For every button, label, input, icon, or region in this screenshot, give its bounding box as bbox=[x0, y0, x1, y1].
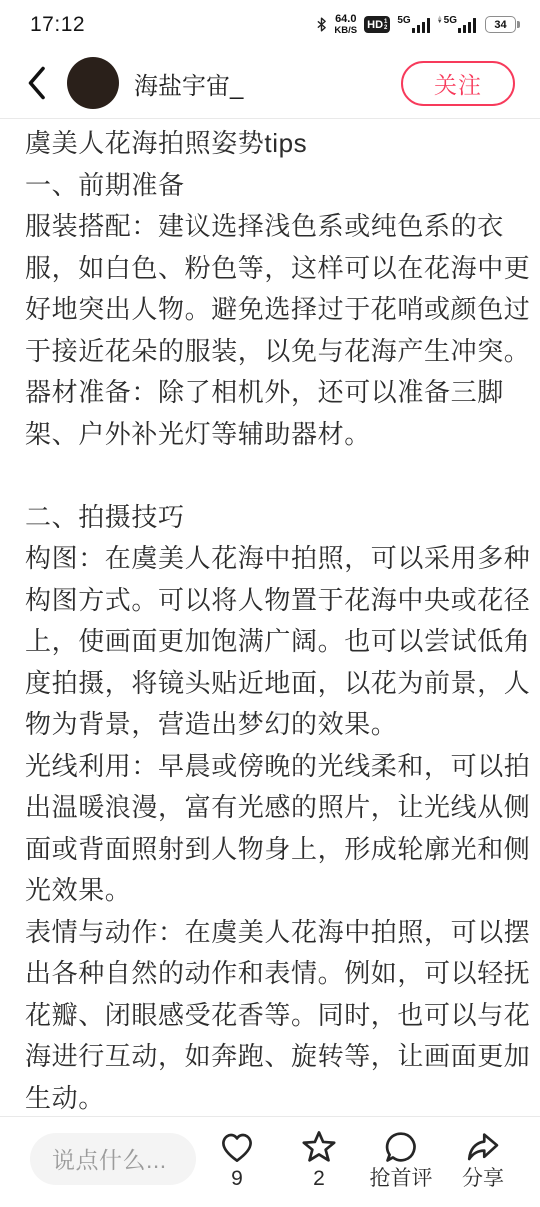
content-line: 生动。 bbox=[25, 1078, 516, 1117]
comment-bubble-icon bbox=[381, 1128, 421, 1166]
post-content: 虞美人花海拍照姿势tips一、前期准备服装搭配：建议选择浅色系或纯色系的衣服，如… bbox=[0, 119, 540, 1116]
username[interactable]: 海盐宇宙_ bbox=[134, 66, 243, 101]
content-line: 架、户外补光灯等辅助器材。 bbox=[25, 414, 516, 456]
like-button[interactable]: 9 bbox=[196, 1128, 278, 1189]
content-line: 海进行互动，如奔跑、旋转等，让画面更加 bbox=[25, 1036, 516, 1078]
content-line: 构图：在虞美人花海中拍照，可以采用多种 bbox=[25, 538, 516, 580]
content-line: 出温暖浪漫，富有光感的照片，让光线从侧 bbox=[25, 787, 516, 829]
status-time: 17:12 bbox=[30, 13, 85, 37]
back-button[interactable] bbox=[25, 63, 51, 103]
signal-sim1-icon: 5G bbox=[397, 16, 429, 33]
data-arrows-icon: ▲▼ bbox=[437, 17, 443, 24]
collect-button[interactable]: 2 bbox=[278, 1128, 360, 1189]
status-icons: 64.0 KB/S HD 12 5G ▲▼ 5G 34 bbox=[316, 14, 516, 36]
content-line: 度拍摄，将镜头贴近地面，以花为前景，人 bbox=[25, 663, 516, 705]
content-line: 花瓣、闭眼感受花香等。同时，也可以与花 bbox=[25, 995, 516, 1037]
comment-label: 抢首评 bbox=[370, 1168, 433, 1189]
content-line: 物为背景，营造出梦幻的效果。 bbox=[25, 704, 516, 746]
content-line: 服装搭配：建议选择浅色系或纯色系的衣 bbox=[25, 206, 516, 248]
heart-icon bbox=[217, 1128, 257, 1166]
content-line: 出各种自然的动作和表情。例如，可以轻抚 bbox=[25, 953, 516, 995]
content-line: 面或背面照射到人物身上，形成轮廓光和侧 bbox=[25, 829, 516, 871]
collect-count: 2 bbox=[313, 1168, 325, 1189]
follow-button[interactable]: 关注 bbox=[401, 61, 515, 106]
like-count: 9 bbox=[231, 1168, 243, 1189]
avatar[interactable] bbox=[67, 57, 119, 109]
content-line: 光线利用：早晨或傍晚的光线柔和，可以拍 bbox=[25, 746, 516, 788]
share-button[interactable]: 分享 bbox=[442, 1128, 524, 1189]
content-line: 一、前期准备 bbox=[25, 165, 516, 207]
battery-icon: 34 bbox=[485, 16, 516, 33]
share-arrow-icon bbox=[463, 1128, 503, 1166]
status-bar: 17:12 64.0 KB/S HD 12 5G ▲▼ 5G bbox=[0, 0, 540, 48]
content-line: 二、拍摄技巧 bbox=[25, 497, 516, 539]
back-chevron-icon bbox=[25, 65, 47, 101]
content-line: 服，如白色、粉色等，这样可以在花海中更 bbox=[25, 248, 516, 290]
content-line: 表情与动作：在虞美人花海中拍照，可以摆 bbox=[25, 912, 516, 954]
share-label: 分享 bbox=[462, 1168, 504, 1189]
bluetooth-icon bbox=[316, 17, 327, 32]
content-line: 构图方式。可以将人物置于花海中央或花径 bbox=[25, 580, 516, 622]
star-icon bbox=[299, 1128, 339, 1166]
content-line: 于接近花朵的服装，以免与花海产生冲突。 bbox=[25, 331, 516, 373]
content-line: 上，使画面更加饱满广阔。也可以尝试低角 bbox=[25, 621, 516, 663]
content-line: 器材准备：除了相机外，还可以准备三脚 bbox=[25, 372, 516, 414]
content-line: 好地突出人物。避免选择过于花哨或颜色过 bbox=[25, 289, 516, 331]
content-line bbox=[25, 455, 516, 497]
volte-hd-icon: HD 12 bbox=[364, 16, 390, 33]
app-screen: 17:12 64.0 KB/S HD 12 5G ▲▼ 5G bbox=[0, 0, 540, 1207]
comment-button[interactable]: 抢首评 bbox=[360, 1128, 442, 1189]
content-line: 虞美人花海拍照姿势tips bbox=[25, 123, 516, 165]
bottom-bar: 说点什么... 9 2 抢首评 分享 bbox=[0, 1117, 540, 1206]
content-line: 光效果。 bbox=[25, 870, 516, 912]
network-speed: 64.0 KB/S bbox=[334, 14, 357, 36]
comment-input[interactable]: 说点什么... bbox=[30, 1133, 196, 1185]
nav-bar: 海盐宇宙_ 关注 bbox=[0, 48, 540, 118]
signal-sim2-icon: ▲▼ 5G bbox=[437, 16, 476, 33]
